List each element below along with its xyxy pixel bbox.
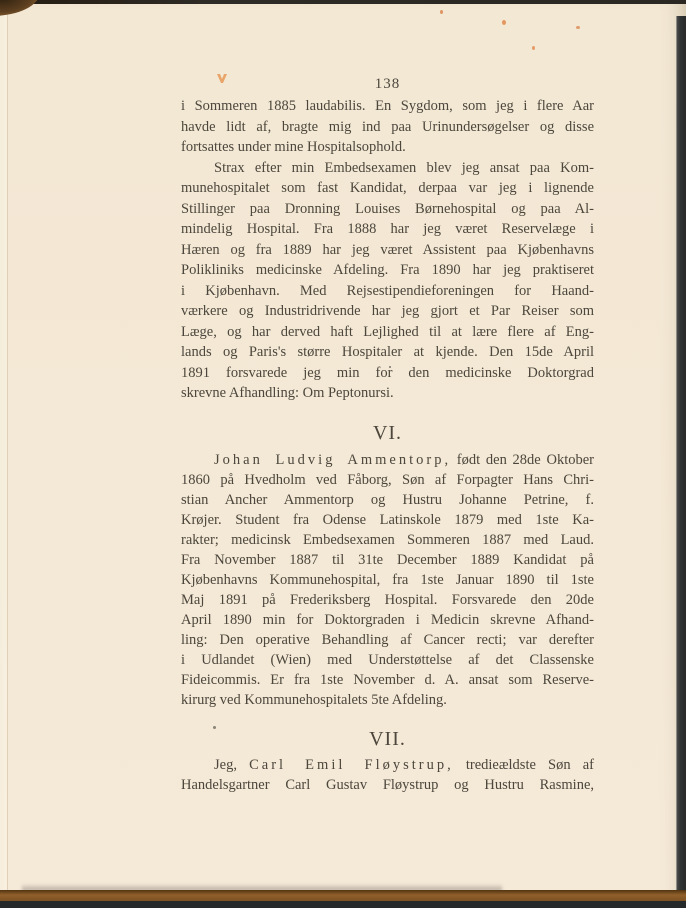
book-page-scan: 138 i Sommeren 1885 laudabilis. En Sygdo… [0, 0, 686, 908]
body-line: Polikliniks medicinske Afdeling. Fra 189… [181, 260, 594, 281]
ink-speck [213, 726, 216, 729]
body-line: Krøjer. Student fra Odense Latinskole 18… [181, 510, 594, 530]
body-line: kirurg ved Kommunehospitalets 5te Afdeli… [181, 690, 594, 710]
foxing-speck [576, 26, 580, 29]
foxing-speck [532, 46, 535, 50]
body-line: 1891 forsvarede jeg min for den medicins… [181, 363, 594, 384]
body-line: Hæren og fra 1889 har jeg været Assisten… [181, 240, 594, 261]
ink-speck [389, 366, 391, 368]
body-line: munehospitalet som fast Kandidat, derpaa… [181, 178, 594, 199]
body-text: tredieældste Søn af [454, 757, 594, 773]
bottom-board-edge [0, 890, 686, 901]
body-line: skrevne Afhandling: Om Peptonursi. [181, 383, 594, 404]
body-line: i Udlandet (Wien) med Understøttelse af … [181, 650, 594, 670]
body-line: i Kjøbenhavn. Med Rejsestipendieforening… [181, 281, 594, 302]
corner-wear [0, 0, 40, 16]
body-line: i Sommeren 1885 laudabilis. En Sygdom, s… [181, 96, 594, 117]
body-line: fortsattes under mine Hospitalsophold. [181, 137, 594, 158]
body-line: ling: Den operative Behandling af Cancer… [181, 630, 594, 650]
body-line: Maj 1891 på Frederiksberg Hospital. Fors… [181, 590, 594, 610]
body-line: Læge, og har derved haft Lejlighed til a… [181, 322, 594, 343]
right-page-block-edge [676, 16, 686, 890]
body-line: Strax efter min Embedsexamen blev jeg an… [181, 158, 594, 179]
body-line: April 1890 min for Doktorgraden i Medici… [181, 610, 594, 630]
section-header-vii: VII. [181, 727, 594, 752]
body-line: 1860 på Hvedholm ved Fåborg, Søn af Forp… [181, 470, 594, 490]
paragraph-2: Strax efter min Embedsexamen blev jeg an… [181, 158, 594, 404]
body-line: havde lidt af, bragte mig ind paa Urinun… [181, 117, 594, 138]
body-line: Stillinger paa Dronning Louises Børnehos… [181, 199, 594, 220]
body-line: Johan Ludvig Ammentorp, født den 28de Ok… [181, 450, 594, 470]
body-line: mindelig Hospital. Fra 1888 har jeg være… [181, 219, 594, 240]
paragraph-3: Johan Ludvig Ammentorp, født den 28de Ok… [181, 450, 594, 710]
name-emphasis-floystrup: Carl Emil Fløystrup, [249, 757, 454, 773]
body-line: Jeg, Carl Emil Fløystrup, tredieældste S… [181, 755, 594, 776]
crease-line [7, 0, 8, 890]
top-scan-edge [0, 0, 686, 4]
body-line: Kjøbenhavns Kommunehospital, fra 1ste Ja… [181, 570, 594, 590]
body-line: Handelsgartner Carl Gustav Fløystrup og … [181, 775, 594, 796]
body-text: født den 28de Oktober [451, 452, 594, 468]
foxing-speck [440, 10, 443, 14]
body-line: rakter; medicinsk Embedsexamen Sommeren … [181, 530, 594, 550]
paragraph-1: i Sommeren 1885 laudabilis. En Sygdom, s… [181, 96, 594, 158]
body-line: lands og Paris's større Hospitaler at kj… [181, 342, 594, 363]
body-text: Jeg, [214, 757, 249, 773]
foxing-speck [502, 20, 506, 25]
section-header-vi: VI. [181, 421, 594, 446]
gutter-sliver [0, 0, 7, 890]
body-line: stian Ancher Ammentorp og Hustru Johanne… [181, 490, 594, 510]
text-column: i Sommeren 1885 laudabilis. En Sygdom, s… [181, 96, 594, 796]
name-emphasis-ammentorp: Johan Ludvig Ammentorp, [214, 452, 451, 468]
body-line: Fideicommis. Er fra 1ste November d. A. … [181, 670, 594, 690]
page-number: 138 [181, 76, 594, 92]
bottom-dark-background [0, 901, 686, 908]
body-line: Fra November 1887 til 31te December 1889… [181, 550, 594, 570]
paragraph-4: Jeg, Carl Emil Fløystrup, tredieældste S… [181, 755, 594, 796]
body-line: værkere og Industridrivende har jeg gjor… [181, 301, 594, 322]
